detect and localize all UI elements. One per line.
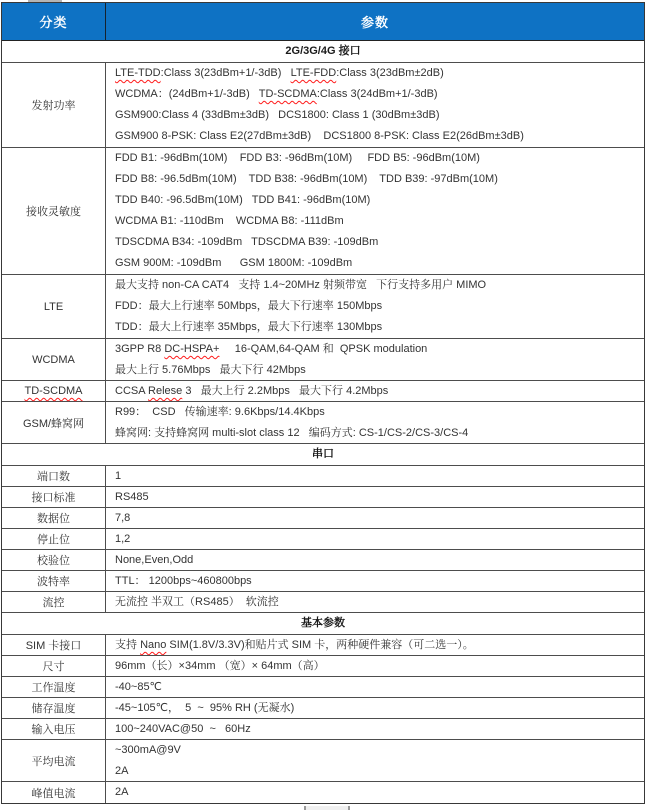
text-segment: 2A (115, 765, 128, 777)
table-row: 校验位None,Even,Odd (2, 550, 644, 571)
value-line: 最大上行 5.76Mbps 最大下行 42Mbps (115, 360, 640, 381)
text-segment: 平均电流 (32, 753, 76, 769)
value-line: -40~85℃ (115, 677, 640, 697)
row-label: WCDMA (2, 339, 106, 380)
row-label: 储存温度 (2, 698, 106, 718)
value-line: 支持 Nano SIM(1.8V/3.3V)和贴片式 SIM 卡，两种硬件兼容（… (115, 635, 640, 655)
text-segment: GSM/蜂窝网 (23, 415, 84, 431)
text-segment: 输入电压 (32, 721, 76, 737)
table-row: 接收灵敏度FDD B1: -96dBm(10M) FDD B3: -96dBm(… (2, 148, 644, 275)
value-line: LTE-TDD:Class 3(23dBm+1/-3dB) LTE-FDD:Cl… (115, 63, 640, 84)
text-segment: 端口数 (37, 468, 70, 484)
misspelled-text: TD-SCDMA (24, 385, 82, 397)
value-line: -45~105℃， 5 ~ 95% RH (无凝水) (115, 698, 640, 718)
value-line: 2A (115, 761, 640, 782)
value-line: GSM900 8-PSK: Class E2(27dBm±3dB) DCS180… (115, 126, 640, 147)
row-label: 尺寸 (2, 656, 106, 676)
table-row: 停止位1,2 (2, 529, 644, 550)
text-segment: GSM 900M: -109dBm GSM 1800M: -109dBm (115, 257, 352, 269)
value-line: TDSCDMA B34: -109dBm TDSCDMA B39: -109dB… (115, 232, 640, 253)
value-line: 1,2 (115, 529, 640, 549)
text-segment: WCDMA：(24dBm+1/-3dB) (115, 88, 259, 100)
table-header-row: 分类 参数 (2, 3, 644, 41)
value-line: WCDMA：(24dBm+1/-3dB) TD-SCDMA:Class 3(24… (115, 84, 640, 105)
text-segment: 7,8 (115, 512, 130, 524)
row-value: 无流控 半双工（RS485） 软流控 (106, 592, 644, 612)
row-value: RS485 (106, 487, 644, 507)
row-value: None,Even,Odd (106, 550, 644, 570)
text-segment: 蜂窝网: 支持蜂窝网 multi-slot class 12 编码方式: CS-… (115, 427, 468, 439)
text-segment: 流控 (43, 594, 65, 610)
text-segment: 停止位 (37, 531, 70, 547)
misspelled-text: TD-SCDMA (259, 88, 317, 100)
text-segment: WCDMA B1: -110dBm WCDMA B8: -111dBm (115, 215, 344, 227)
row-label: 工作温度 (2, 677, 106, 697)
row-value: CCSA Relese 3 最大上行 2.2Mbps 最大下行 4.2Mbps (106, 381, 644, 401)
misspelled-text: LTE-TDD (115, 67, 161, 79)
table-row: 流控无流控 半双工（RS485） 软流控 (2, 592, 644, 613)
text-segment: 支持 (115, 639, 140, 651)
value-line: TDD B40: -96.5dBm(10M) TDD B41: -96dBm(1… (115, 190, 640, 211)
row-value: 支持 Nano SIM(1.8V/3.3V)和贴片式 SIM 卡，两种硬件兼容（… (106, 635, 644, 655)
row-value: -40~85℃ (106, 677, 644, 697)
value-line: 蜂窝网: 支持蜂窝网 multi-slot class 12 编码方式: CS-… (115, 423, 640, 444)
text-segment: 最大上行 5.76Mbps 最大下行 42Mbps (115, 364, 306, 376)
row-value: 最大支持 non-CA CAT4 支持 1.4~20MHz 射频带宽 下行支持多… (106, 275, 644, 338)
misspelled-text: Relese (148, 385, 182, 397)
row-label: 数据位 (2, 508, 106, 528)
row-value: 96mm（长）×34mm （宽）× 64mm（高） (106, 656, 644, 676)
text-segment: None,Even,Odd (115, 554, 193, 566)
value-line: 96mm（长）×34mm （宽）× 64mm（高） (115, 656, 640, 676)
table-row: 平均电流~300mA@9V2A (2, 740, 644, 782)
value-line: 3GPP R8 DC-HSPA+ 16-QAM,64-QAM 和 QPSK mo… (115, 339, 640, 360)
value-line: GSM900:Class 4 (33dBm±3dB) DCS1800: Clas… (115, 105, 640, 126)
text-segment: 校验位 (37, 552, 70, 568)
row-label: LTE (2, 275, 106, 338)
text-segment: 96mm（长）×34mm （宽）× 64mm（高） (115, 660, 325, 672)
row-label: 平均电流 (2, 740, 106, 781)
row-label: 峰值电流 (2, 782, 106, 803)
table-row: TD-SCDMACCSA Relese 3 最大上行 2.2Mbps 最大下行 … (2, 381, 644, 402)
text-segment: 最大支持 non-CA CAT4 支持 1.4~20MHz 射频带宽 下行支持多… (115, 279, 486, 291)
value-line: 无流控 半双工（RS485） 软流控 (115, 592, 640, 612)
row-label: 接口标准 (2, 487, 106, 507)
table-row: 波特率TTL： 1200bps~460800bps (2, 571, 644, 592)
text-segment: 峰值电流 (32, 785, 76, 801)
table-row: 接口标准RS485 (2, 487, 644, 508)
row-value: TTL： 1200bps~460800bps (106, 571, 644, 591)
text-segment: FDD B8: -96.5dBm(10M) TDD B38: -96dBm(10… (115, 173, 498, 185)
text-segment: 无流控 半双工（RS485） 软流控 (115, 596, 279, 608)
text-segment: GSM900 8-PSK: Class E2(27dBm±3dB) DCS180… (115, 130, 524, 142)
value-line: None,Even,Odd (115, 550, 640, 570)
value-line: 1 (115, 466, 640, 486)
value-line: TDD：最大上行速率 35Mbps，最大下行速率 130Mbps (115, 317, 640, 338)
value-line: RS485 (115, 487, 640, 507)
value-line: CCSA Relese 3 最大上行 2.2Mbps 最大下行 4.2Mbps (115, 381, 640, 401)
text-segment: 尺寸 (43, 658, 65, 674)
text-segment: 工作温度 (32, 679, 76, 695)
value-line: 7,8 (115, 508, 640, 528)
text-segment: GSM900:Class 4 (33dBm±3dB) DCS1800: Clas… (115, 109, 440, 121)
table-row: 端口数1 (2, 466, 644, 487)
text-segment: TDSCDMA B34: -109dBm TDSCDMA B39: -109dB… (115, 236, 378, 248)
text-segment: 1 (115, 470, 121, 482)
row-value: 100~240VAC@50 ~ 60Hz (106, 719, 644, 739)
table-row: 储存温度-45~105℃， 5 ~ 95% RH (无凝水) (2, 698, 644, 719)
row-label: 接收灵敏度 (2, 148, 106, 274)
text-segment: ~300mA@9V (115, 744, 181, 756)
header-category: 分类 (2, 3, 106, 40)
section-header-row: 基本参数 (2, 613, 644, 635)
table-row: 输入电压100~240VAC@50 ~ 60Hz (2, 719, 644, 740)
value-line: WCDMA B1: -110dBm WCDMA B8: -111dBm (115, 211, 640, 232)
value-line: R99： CSD 传输速率: 9.6Kbps/14.4Kbps (115, 402, 640, 423)
text-segment: SIM(1.8V/3.3V)和贴片式 SIM 卡，两种硬件兼容（可二选一）。 (166, 639, 473, 651)
table-row: 发射功率LTE-TDD:Class 3(23dBm+1/-3dB) LTE-FD… (2, 63, 644, 148)
value-line: 最大支持 non-CA CAT4 支持 1.4~20MHz 射频带宽 下行支持多… (115, 275, 640, 296)
text-segment: TTL： 1200bps~460800bps (115, 575, 252, 587)
text-segment: 接口标准 (32, 489, 76, 505)
value-line: GSM 900M: -109dBm GSM 1800M: -109dBm (115, 253, 640, 274)
section-header-row: 2G/3G/4G 接口 (2, 41, 644, 63)
text-segment: CCSA (115, 385, 148, 397)
text-segment: 100~240VAC@50 ~ 60Hz (115, 723, 251, 735)
text-segment: :Class 3(23dBm±2dB) (336, 67, 444, 79)
text-segment: :Class 3(23dBm+1/-3dB) (161, 67, 291, 79)
text-segment: R99： CSD 传输速率: 9.6Kbps/14.4Kbps (115, 406, 325, 418)
row-label: 流控 (2, 592, 106, 612)
text-segment: FDD：最大上行速率 50Mbps，最大下行速率 150Mbps (115, 300, 382, 312)
row-value: -45~105℃， 5 ~ 95% RH (无凝水) (106, 698, 644, 718)
value-line: TTL： 1200bps~460800bps (115, 571, 640, 591)
misspelled-text: DC-HSPA+ (164, 343, 219, 355)
text-segment: 2A (115, 786, 128, 798)
row-label: 发射功率 (2, 63, 106, 147)
text-segment: :Class 3(24dBm+1/-3dB) (317, 88, 438, 100)
row-value: 2A (106, 782, 644, 803)
table-row: 数据位7,8 (2, 508, 644, 529)
row-label: 校验位 (2, 550, 106, 570)
text-segment: 数据位 (37, 510, 70, 526)
text-segment: SIM 卡接口 (26, 637, 82, 653)
text-segment: FDD B1: -96dBm(10M) FDD B3: -96dBm(10M) … (115, 152, 480, 164)
text-segment: 3 最大上行 2.2Mbps 最大下行 4.2Mbps (182, 385, 388, 397)
value-line: ~300mA@9V (115, 740, 640, 761)
text-segment: 1,2 (115, 533, 130, 545)
row-label: 波特率 (2, 571, 106, 591)
text-segment: LTE (44, 301, 63, 313)
text-segment: TDD：最大上行速率 35Mbps，最大下行速率 130Mbps (115, 321, 382, 333)
text-segment: -45~105℃， 5 ~ 95% RH (无凝水) (115, 702, 294, 714)
table-row: LTE最大支持 non-CA CAT4 支持 1.4~20MHz 射频带宽 下行… (2, 275, 644, 339)
text-segment: 波特率 (37, 573, 70, 589)
text-segment: WCDMA (32, 354, 75, 366)
text-segment: 接收灵敏度 (26, 203, 81, 219)
row-value: 1,2 (106, 529, 644, 549)
text-segment: -40~85℃ (115, 681, 162, 693)
row-value: ~300mA@9V2A (106, 740, 644, 781)
spec-table-body: 2G/3G/4G 接口发射功率LTE-TDD:Class 3(23dBm+1/-… (2, 41, 644, 803)
row-label: SIM 卡接口 (2, 635, 106, 655)
text-segment: TDD B40: -96.5dBm(10M) TDD B41: -96dBm(1… (115, 194, 370, 206)
table-row: 工作温度-40~85℃ (2, 677, 644, 698)
text-segment: 储存温度 (32, 700, 76, 716)
value-line: 100~240VAC@50 ~ 60Hz (115, 719, 640, 739)
misspelled-text: Nano (140, 639, 166, 651)
table-row: 尺寸96mm（长）×34mm （宽）× 64mm（高） (2, 656, 644, 677)
text-segment: 16-QAM,64-QAM 和 QPSK modulation (219, 343, 427, 355)
row-value: 3GPP R8 DC-HSPA+ 16-QAM,64-QAM 和 QPSK mo… (106, 339, 644, 380)
value-line: FDD B1: -96dBm(10M) FDD B3: -96dBm(10M) … (115, 148, 640, 169)
table-row: SIM 卡接口支持 Nano SIM(1.8V/3.3V)和贴片式 SIM 卡，… (2, 635, 644, 656)
row-label: TD-SCDMA (2, 381, 106, 401)
table-row: GSM/蜂窝网R99： CSD 传输速率: 9.6Kbps/14.4Kbps蜂窝… (2, 402, 644, 444)
row-label: 输入电压 (2, 719, 106, 739)
row-value: 1 (106, 466, 644, 486)
row-label: 端口数 (2, 466, 106, 486)
header-parameter: 参数 (106, 3, 644, 40)
value-line: 2A (115, 782, 640, 803)
row-label: GSM/蜂窝网 (2, 402, 106, 443)
spec-table: 分类 参数 2G/3G/4G 接口发射功率LTE-TDD:Class 3(23d… (1, 2, 645, 804)
text-segment: 3GPP R8 (115, 343, 164, 355)
misspelled-text: LTE-FDD (291, 67, 337, 79)
row-value: R99： CSD 传输速率: 9.6Kbps/14.4Kbps蜂窝网: 支持蜂窝… (106, 402, 644, 443)
row-value: FDD B1: -96dBm(10M) FDD B3: -96dBm(10M) … (106, 148, 644, 274)
section-header-row: 串口 (2, 444, 644, 466)
table-row: 峰值电流2A (2, 782, 644, 803)
text-segment: 发射功率 (32, 97, 76, 113)
table-row: WCDMA3GPP R8 DC-HSPA+ 16-QAM,64-QAM 和 QP… (2, 339, 644, 381)
row-value: 7,8 (106, 508, 644, 528)
row-label: 停止位 (2, 529, 106, 549)
value-line: FDD B8: -96.5dBm(10M) TDD B38: -96dBm(10… (115, 169, 640, 190)
page-artifact-bottom (304, 806, 350, 810)
row-value: LTE-TDD:Class 3(23dBm+1/-3dB) LTE-FDD:Cl… (106, 63, 644, 147)
value-line: FDD：最大上行速率 50Mbps，最大下行速率 150Mbps (115, 296, 640, 317)
text-segment: RS485 (115, 491, 149, 503)
